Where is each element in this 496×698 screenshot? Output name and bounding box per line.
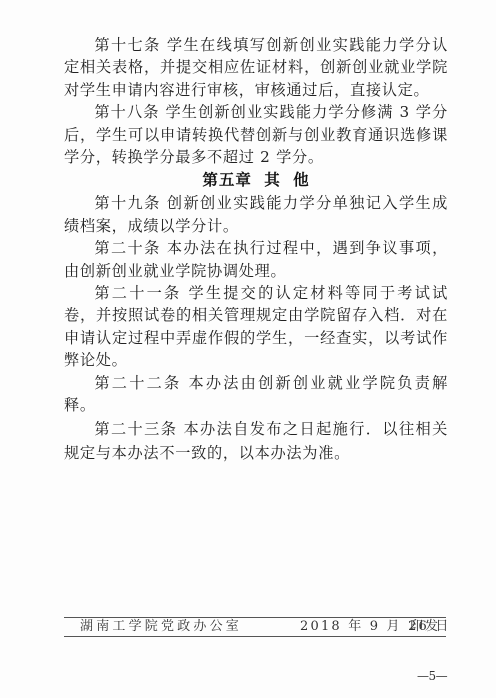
article-21: 第二十一条 学生提交的认定材料等同于考试试卷，并按照试卷的相关管理规定由学院留存… (64, 282, 448, 372)
footer-issued-label: 印发 (410, 618, 440, 636)
article-17: 第十七条 学生在线填写创新创业实践能力学分认定相关表格，并提交相应佐证材料，创新… (64, 34, 448, 101)
page-number: —5— (417, 668, 447, 684)
chapter-heading: 第五章 其 他 (64, 168, 448, 192)
document-page: 第十七条 学生在线填写创新创业实践能力学分认定相关表格，并提交相应佐证材料，创新… (0, 0, 496, 698)
article-18: 第十八条 学生创新创业实践能力学分修满 3 学分后，学生可以申请转换代替创新与创… (64, 101, 448, 168)
footer-bottom-rule (64, 636, 446, 637)
article-23: 第二十三条 本办法自发布之日起施行．以往相关规定与本办法不一致的，以本办法为准。 (64, 417, 448, 465)
article-20: 第二十条 本办法在执行过程中，遇到争议事项，由创新创业就业学院协调处理。 (64, 237, 448, 282)
document-body: 第十七条 学生在线填写创新创业实践能力学分认定相关表格，并提交相应佐证材料，创新… (64, 34, 448, 465)
footer-issuer: 湖南工学院党政办公室 (80, 618, 242, 636)
article-19: 第十九条 创新创业实践能力学分单独记入学生成绩档案，成绩以学分计。 (64, 192, 448, 237)
article-22: 第二十二条 本办法由创新创业就业学院负责解释。 (64, 372, 448, 417)
